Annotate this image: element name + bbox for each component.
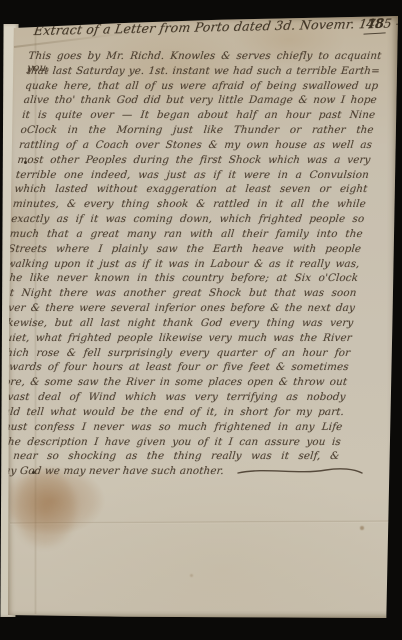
- letter-heading: Extract of a Letter from Porto dated 3d.…: [33, 16, 376, 38]
- manuscript-line: & the description I have given you of it…: [0, 436, 341, 451]
- manuscript-line: rattling of a Coach over Stones & my own…: [18, 139, 373, 154]
- manuscript-line: most other Peoples during the first Shoc…: [17, 154, 372, 169]
- manuscript-line: alive tho' thank God did but very little…: [23, 94, 378, 109]
- photo-background: 48 Extract of a Letter from Porto dated …: [0, 0, 402, 640]
- manuscript-line: minutes, & every thing shook & rattled i…: [12, 198, 367, 213]
- paper-speck: [360, 526, 364, 530]
- manuscript-line: which lasted without exaggeration at lea…: [13, 183, 368, 198]
- manuscript-line: I must confess I never was so much frigh…: [0, 421, 343, 436]
- manuscript-line: oClock in the Morning just like Thunder …: [20, 124, 375, 139]
- manuscript-line: that last Saturday ye. 1st. instant we h…: [26, 65, 381, 80]
- manuscript-line: terrible one indeed, was just as if it w…: [15, 169, 370, 184]
- manuscript-line: upwards of four hours at least four or f…: [0, 361, 349, 376]
- manuscript-line: over & there were several inferior ones …: [1, 302, 356, 317]
- manuscript-line: which rose & fell surprisingly every qua…: [0, 347, 351, 362]
- manuscript-line: likewise, but all last night thank God e…: [0, 317, 354, 332]
- manuscript-line: much that a great many ran with all thei…: [9, 228, 364, 243]
- manuscript-line: at Night there was another great Shock b…: [3, 287, 358, 302]
- manuscript-line: more, & some saw the River in some place…: [0, 376, 348, 391]
- letter-body: This goes by Mr. Richd. Knowles & serves…: [0, 50, 382, 480]
- manuscript-line: quake here, that all of us were afraid o…: [24, 80, 379, 95]
- manuscript-page: 48 Extract of a Letter from Porto dated …: [8, 16, 398, 618]
- manuscript-line: the like never known in this country bef…: [4, 272, 359, 287]
- manuscript-line: it is quite over — It began about half a…: [21, 109, 376, 124]
- manuscript-line: quiet, what frighted people likewise ver…: [0, 332, 352, 347]
- manuscript-line: exactly as if it was coming down, which …: [10, 213, 365, 228]
- manuscript-line: a vast deal of Wind which was very terri…: [0, 391, 346, 406]
- manuscript-line: not near so shocking as the thing really…: [0, 450, 340, 465]
- closing-flourish: [236, 464, 364, 478]
- manuscript-line: This goes by Mr. Richd. Knowles & serves…: [27, 50, 382, 65]
- paper-speck: [190, 574, 193, 577]
- manuscript-line: Streets where I plainly saw the Earth he…: [7, 243, 362, 258]
- manuscript-line: could tell what would be the end of it, …: [0, 406, 345, 421]
- manuscript-line: walking upon it just as if it was in Lab…: [6, 258, 361, 273]
